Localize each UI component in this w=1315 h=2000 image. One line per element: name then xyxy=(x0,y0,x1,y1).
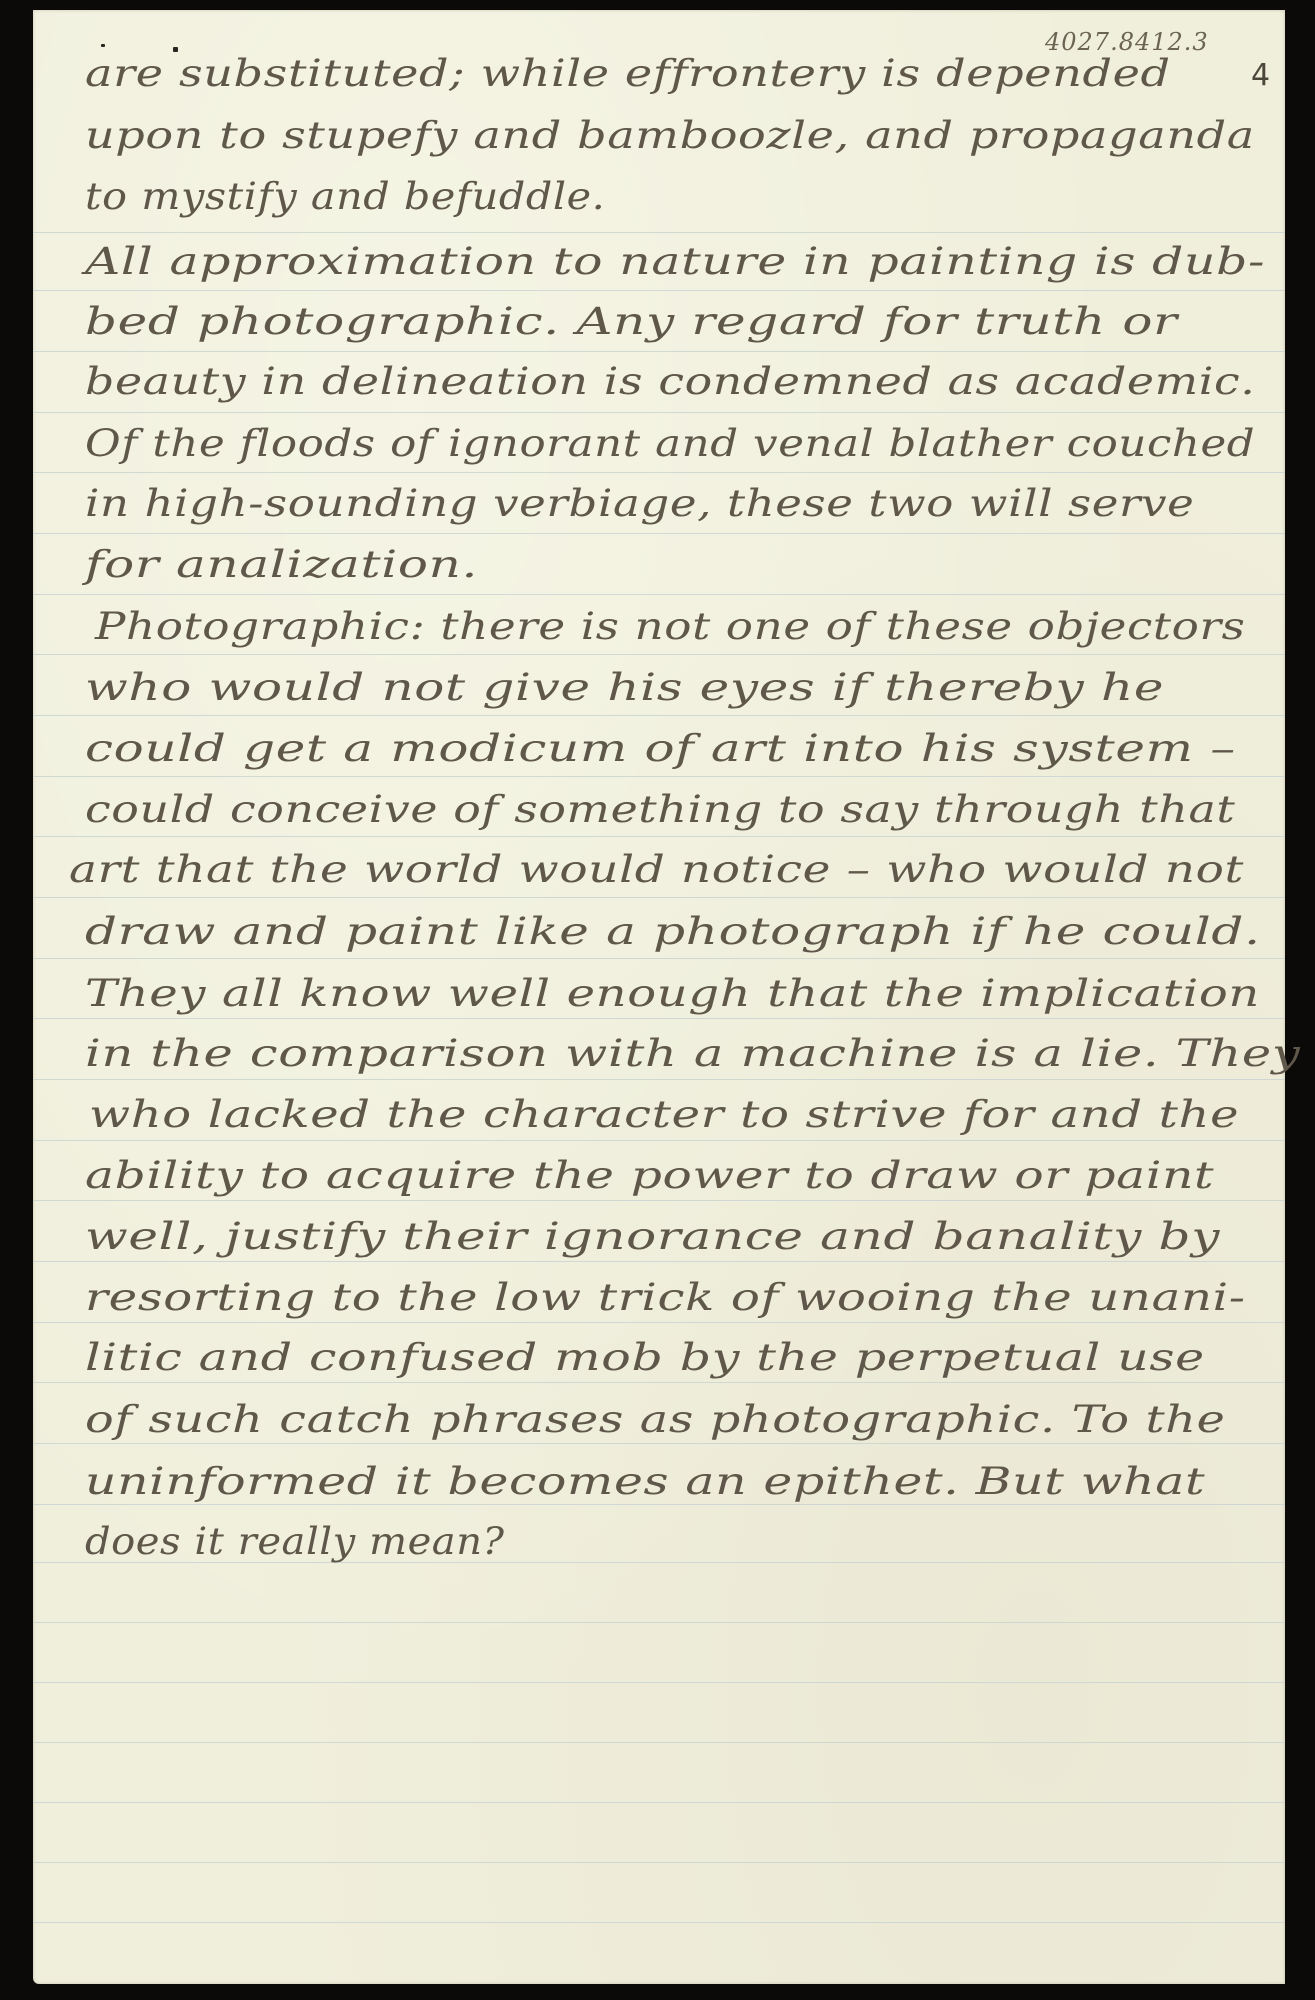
rule-line xyxy=(33,1079,1285,1080)
rule-line xyxy=(33,1802,1285,1803)
text-line: are substituted; while effrontery is dep… xyxy=(85,52,1171,95)
rule-line xyxy=(33,1922,1285,1923)
rule-line xyxy=(33,1742,1285,1743)
text-line: of such catch phrases as photographic. T… xyxy=(85,1398,1225,1441)
text-line: beauty in delineation is condemned as ac… xyxy=(85,360,1255,403)
text-line: ability to acquire the power to draw or … xyxy=(85,1154,1214,1197)
rule-line xyxy=(33,1200,1285,1201)
text-line: in the comparison with a machine is a li… xyxy=(85,1032,1300,1075)
text-line: uninformed it becomes an epithet. But wh… xyxy=(85,1460,1205,1503)
text-line: litic and confused mob by the perpetual … xyxy=(85,1336,1205,1379)
page-number: 4 xyxy=(1251,58,1270,93)
manuscript-page: 4027.8412.3 4 are substituted; while eff… xyxy=(33,10,1285,1984)
text-line: who lacked the character to strive for a… xyxy=(89,1093,1239,1136)
rule-line xyxy=(33,1382,1285,1383)
rule-line xyxy=(33,1140,1285,1141)
text-line: to mystify and befuddle. xyxy=(85,175,605,218)
rule-line xyxy=(33,533,1285,534)
rule-line xyxy=(33,351,1285,352)
text-line: Of the floods of ignorant and venal blat… xyxy=(85,422,1255,465)
text-line: for analization. xyxy=(85,543,478,586)
text-line: bed photographic. Any regard for truth o… xyxy=(85,300,1178,343)
text-line: All approximation to nature in painting … xyxy=(85,240,1265,283)
rule-line xyxy=(33,897,1285,898)
rule-line xyxy=(33,472,1285,473)
rule-line xyxy=(33,1261,1285,1262)
text-line: art that the world would notice – who wo… xyxy=(69,848,1244,891)
text-line: could conceive of something to say throu… xyxy=(85,788,1235,831)
text-line: resorting to the low trick of wooing the… xyxy=(85,1276,1246,1319)
rule-line xyxy=(33,776,1285,777)
rule-line xyxy=(33,715,1285,716)
rule-line xyxy=(33,1504,1285,1505)
rule-line xyxy=(33,1622,1285,1623)
text-line: well, justify their ignorance and banali… xyxy=(85,1215,1220,1258)
rule-line xyxy=(33,232,1285,233)
text-line: who would not give his eyes if thereby h… xyxy=(85,666,1164,709)
rule-line xyxy=(33,1862,1285,1863)
text-line: upon to stupefy and bamboozle, and propa… xyxy=(85,114,1255,157)
rule-line xyxy=(33,290,1285,291)
rule-line xyxy=(33,836,1285,837)
text-line: does it really mean? xyxy=(85,1520,505,1563)
ink-speck xyxy=(101,44,105,47)
rule-line xyxy=(33,1443,1285,1444)
rule-line xyxy=(33,594,1285,595)
text-line: could get a modicum of art into his syst… xyxy=(85,727,1236,770)
rule-line xyxy=(33,1322,1285,1323)
text-line: in high-sounding verbiage, these two wil… xyxy=(85,482,1194,525)
rule-line xyxy=(33,412,1285,413)
text-line: draw and paint like a photograph if he c… xyxy=(85,910,1261,953)
rule-line xyxy=(33,958,1285,959)
text-line: They all know well enough that the impli… xyxy=(85,972,1260,1015)
rule-line xyxy=(33,1682,1285,1683)
rule-line xyxy=(33,1018,1285,1019)
text-line: Photographic: there is not one of these … xyxy=(95,605,1245,648)
rule-line xyxy=(33,654,1285,655)
